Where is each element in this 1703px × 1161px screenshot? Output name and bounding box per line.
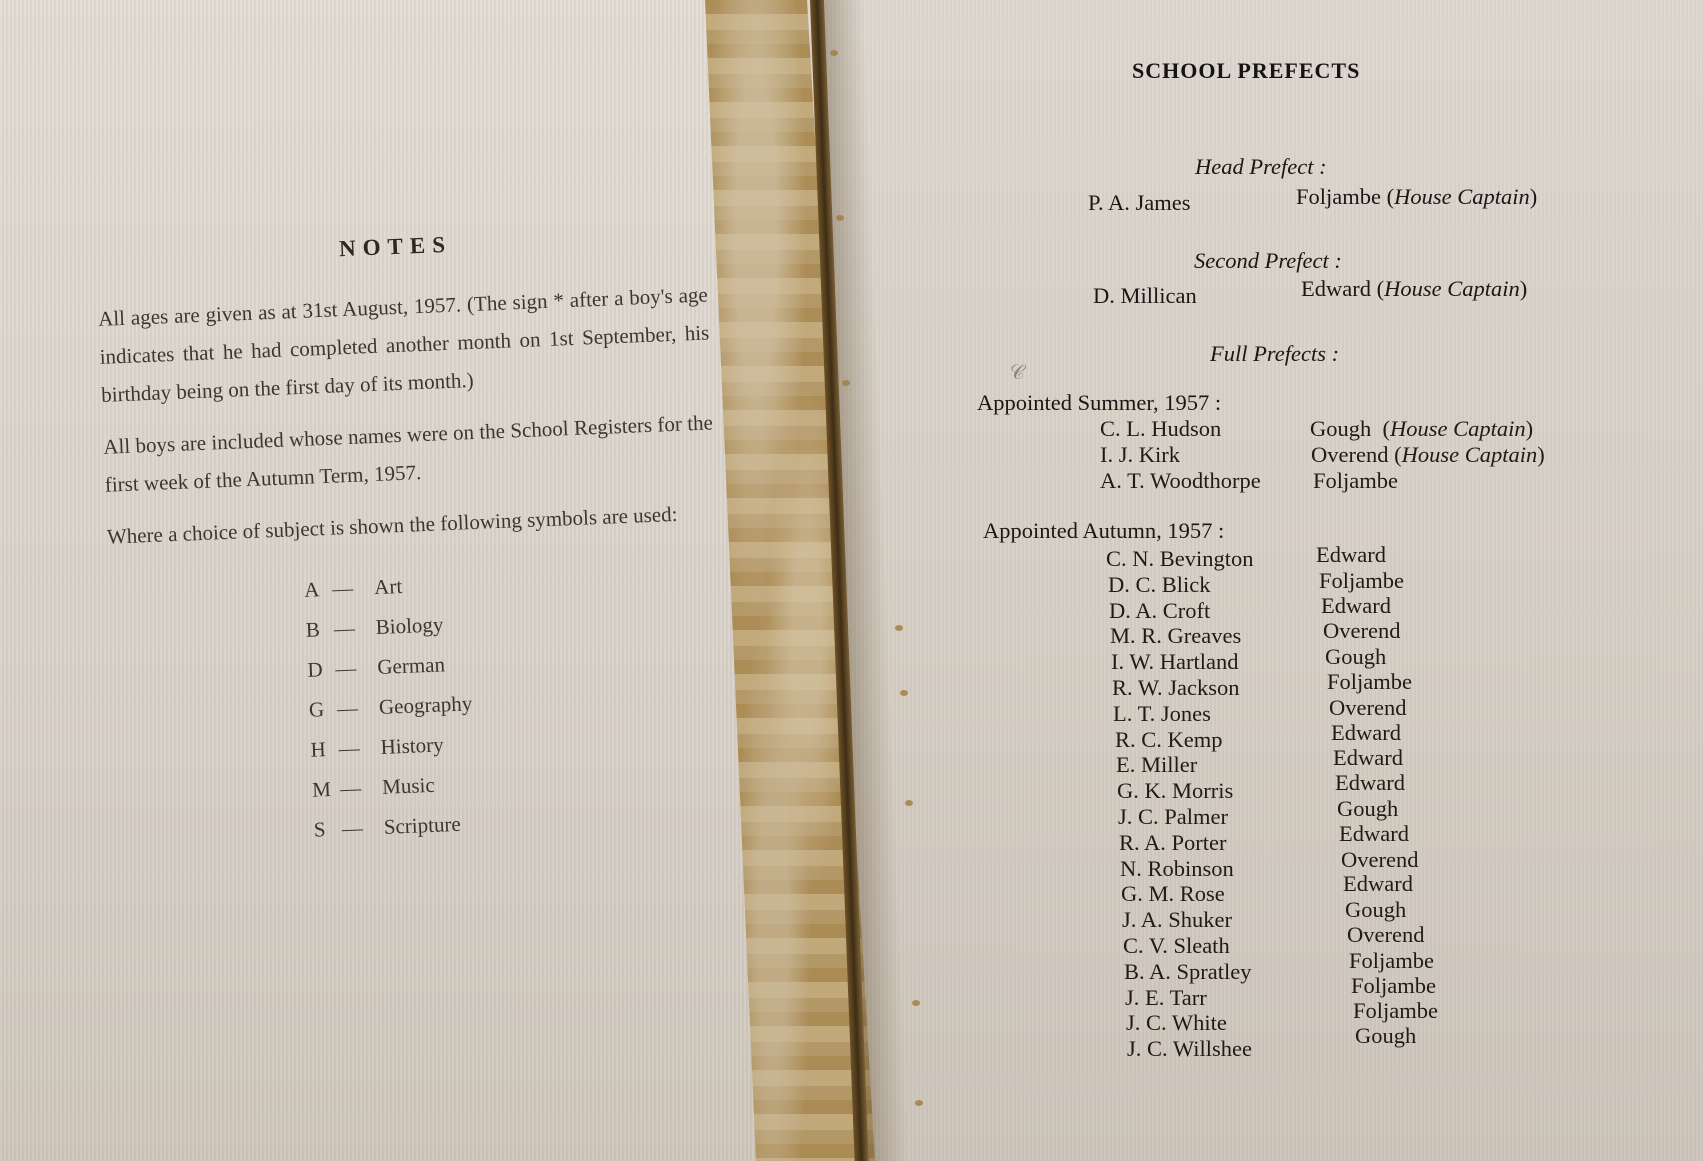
prefect-house: Overend (House Captain) bbox=[1311, 442, 1545, 468]
prefect-house: Gough bbox=[1325, 644, 1386, 670]
prefect-name: I. W. Hartland bbox=[1111, 649, 1238, 675]
prefect-name: R. W. Jackson bbox=[1112, 675, 1240, 701]
prefect-name: C. N. Bevington bbox=[1106, 546, 1254, 572]
second-prefect-house-row: Edward (House Captain) bbox=[1301, 276, 1527, 302]
prefect-house: Edward bbox=[1333, 745, 1403, 771]
prefect-name: J. A. Shuker bbox=[1122, 907, 1232, 933]
prefect-house: Overend bbox=[1323, 618, 1400, 644]
prefect-house: Gough (House Captain) bbox=[1310, 416, 1533, 442]
prefects-section: SCHOOL PREFECTS Head Prefect : P. A. Jam… bbox=[0, 0, 1703, 1161]
head-prefect-label: Head Prefect : bbox=[1195, 154, 1327, 180]
prefect-name: J. C. Palmer bbox=[1118, 804, 1228, 830]
prefect-house: Overend bbox=[1347, 922, 1424, 948]
summer-appointed-label: Appointed Summer, 1957 : bbox=[977, 390, 1221, 416]
prefect-house: Edward bbox=[1335, 770, 1405, 796]
prefect-name: L. T. Jones bbox=[1113, 701, 1211, 727]
prefect-house: Edward bbox=[1339, 821, 1409, 847]
prefect-name: A. T. Woodthorpe bbox=[1100, 468, 1261, 494]
full-prefects-label: Full Prefects : bbox=[1210, 341, 1339, 367]
prefect-name: J. C. White bbox=[1126, 1010, 1227, 1036]
prefect-house: Foljambe bbox=[1313, 468, 1398, 494]
prefect-name: C. V. Sleath bbox=[1123, 933, 1230, 959]
head-prefect-house: Foljambe bbox=[1296, 184, 1381, 210]
prefects-heading: SCHOOL PREFECTS bbox=[1132, 58, 1360, 84]
head-prefect-house-row: Foljambe (House Captain) bbox=[1296, 184, 1537, 210]
prefect-name: D. C. Blick bbox=[1108, 572, 1211, 598]
prefect-house: Foljambe bbox=[1319, 568, 1404, 594]
prefect-house: Edward bbox=[1331, 720, 1401, 746]
second-prefect-label: Second Prefect : bbox=[1194, 248, 1342, 274]
second-prefect-role: House Captain bbox=[1384, 276, 1520, 302]
prefect-house: Gough bbox=[1345, 897, 1406, 923]
prefect-name: G. M. Rose bbox=[1121, 881, 1225, 907]
prefect-house: Overend bbox=[1341, 847, 1418, 873]
pencil-mark: 𝒞 bbox=[1010, 362, 1025, 385]
second-prefect-name: D. Millican bbox=[1093, 283, 1197, 309]
prefect-house: Gough bbox=[1355, 1023, 1416, 1049]
autumn-appointed-label: Appointed Autumn, 1957 : bbox=[983, 518, 1224, 544]
prefect-house: Foljambe bbox=[1351, 973, 1436, 999]
prefect-house: Edward bbox=[1343, 871, 1413, 897]
prefect-name: G. K. Morris bbox=[1117, 778, 1233, 804]
prefect-name: R. C. Kemp bbox=[1115, 727, 1223, 753]
prefect-name: B. A. Spratley bbox=[1124, 959, 1252, 985]
prefect-house: Gough bbox=[1337, 796, 1398, 822]
prefect-name: D. A. Croft bbox=[1109, 598, 1210, 624]
head-prefect-row: P. A. James bbox=[1088, 190, 1191, 216]
prefect-name: N. Robinson bbox=[1120, 856, 1234, 882]
prefect-name: R. A. Porter bbox=[1119, 830, 1227, 856]
prefect-name: E. Miller bbox=[1116, 752, 1197, 778]
prefect-name: M. R. Greaves bbox=[1110, 623, 1241, 649]
head-prefect-name: P. A. James bbox=[1088, 190, 1191, 216]
prefect-house: Edward bbox=[1321, 593, 1391, 619]
prefect-name: I. J. Kirk bbox=[1100, 442, 1180, 468]
prefect-name: J. E. Tarr bbox=[1125, 985, 1207, 1011]
prefect-house: Foljambe bbox=[1349, 948, 1434, 974]
second-prefect-house: Edward bbox=[1301, 276, 1371, 302]
second-prefect-row: D. Millican bbox=[1093, 283, 1197, 309]
prefect-name: J. C. Willshee bbox=[1127, 1036, 1252, 1062]
prefect-house: Overend bbox=[1329, 695, 1406, 721]
prefect-house: Edward bbox=[1316, 542, 1386, 568]
prefect-house: Foljambe bbox=[1327, 669, 1412, 695]
prefect-name: C. L. Hudson bbox=[1100, 416, 1221, 442]
prefect-house: Foljambe bbox=[1353, 998, 1438, 1024]
head-prefect-role: House Captain bbox=[1394, 184, 1530, 210]
